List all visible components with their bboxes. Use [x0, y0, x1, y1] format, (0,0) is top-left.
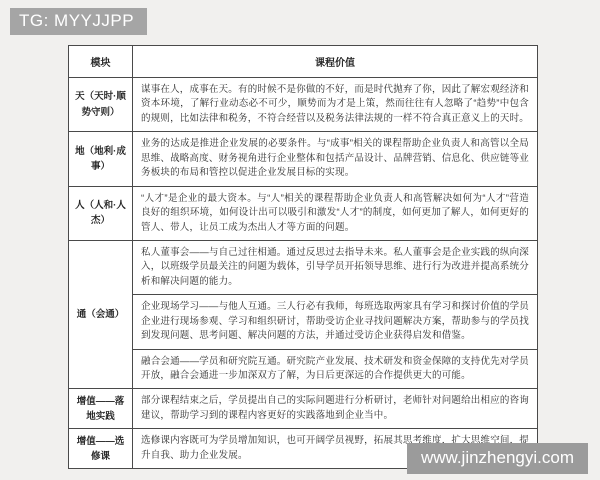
course-value-table: 模块 课程价值 天（天时·顺势守则） 谋事在人，成事在天。有的时候不是你做的不好… [68, 45, 538, 469]
table-row-tong-1: 通（会通） 私人董事会——与自己过往相通。通过反思过去指导未来。私人董事会是企业… [69, 240, 538, 294]
module-column-header: 模块 [69, 46, 133, 78]
row-label-ren: 人（人和·人杰） [69, 186, 133, 240]
table-row-tong-2: 企业现场学习——与他人互通。三人行必有我师，每班选取两家具有学习和探讨价值的学员… [69, 295, 538, 349]
table-row-zengzhi-practice: 增值——落地实践 部分课程结束之后，学员提出自己的实际问题进行分析研讨，老师针对… [69, 389, 538, 429]
row-content-private-board: 私人董事会——与自己过往相通。通过反思过去指导未来。私人董事会是企业实践的纵向深… [133, 240, 538, 294]
row-label-tian: 天（天时·顺势守则） [69, 78, 133, 132]
row-content-ren: “人才”是企业的最大资本。与“人”相关的课程帮助企业负责人和高管解决如何为“人才… [133, 186, 538, 240]
table-row-ren: 人（人和·人杰） “人才”是企业的最大资本。与“人”相关的课程帮助企业负责人和高… [69, 186, 538, 240]
table-header-row: 模块 课程价值 [69, 46, 538, 78]
table-row-tian: 天（天时·顺势守则） 谋事在人，成事在天。有的时候不是你做的不好，而是时代抛弃了… [69, 78, 538, 132]
watermark-telegram-badge: TG: MYYJJPP [10, 8, 147, 35]
row-label-zengzhi-elective: 增值——选修课 [69, 429, 133, 469]
course-value-column-header: 课程价值 [133, 46, 538, 78]
row-content-di: 业务的达成是推进企业发展的必要条件。与“成事”相关的课程帮助企业负责人和高管以全… [133, 132, 538, 186]
row-label-zengzhi-practice: 增值——落地实践 [69, 389, 133, 429]
row-label-tong: 通（会通） [69, 240, 133, 389]
table-row-di: 地（地利·成事） 业务的达成是推进企业发展的必要条件。与“成事”相关的课程帮助企… [69, 132, 538, 186]
row-content-onsite-learning: 企业现场学习——与他人互通。三人行必有我师，每班选取两家具有学习和探讨价值的学员… [133, 295, 538, 349]
table-row-tong-3: 融合会通——学员和研究院互通。研究院产业发展、技术研发和资金保障的支持优先对学员… [69, 349, 538, 389]
row-content-fusion: 融合会通——学员和研究院互通。研究院产业发展、技术研发和资金保障的支持优先对学员… [133, 349, 538, 389]
row-content-tian: 谋事在人，成事在天。有的时候不是你做的不好，而是时代抛弃了你，因此了解宏观经济和… [133, 78, 538, 132]
row-label-di: 地（地利·成事） [69, 132, 133, 186]
document-page: TG: MYYJJPP 模块 课程价值 天（天时·顺势守则） 谋事在人，成事在天… [0, 0, 600, 480]
row-content-zengzhi-practice: 部分课程结束之后，学员提出自己的实际问题进行分析研讨，老师针对问题给出相应的咨询… [133, 389, 538, 429]
watermark-website-badge: www.jinzhengyi.com [407, 443, 588, 474]
